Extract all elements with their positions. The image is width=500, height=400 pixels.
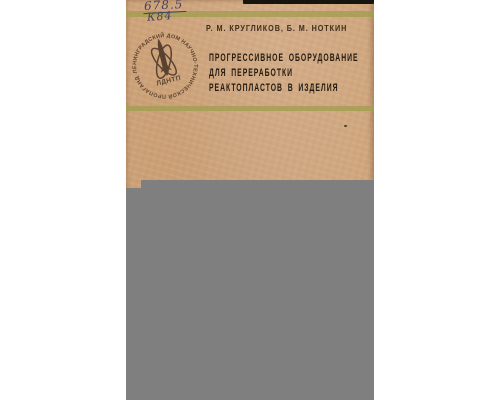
library-call-number-cutter: К84 [147, 9, 173, 24]
gray-scan-overlay-lower [126, 188, 374, 400]
authors-line: Р. М. КРУГЛИКОВ, Б. М. НОТКИН [206, 23, 347, 33]
ink-speck [344, 125, 347, 127]
scanned-book-cover-page: 678.5 К84 Р. М. КРУГЛИКОВ, Б. М. НОТКИН … [0, 0, 500, 400]
book-title: ПРОГРЕССИВНОЕ ОБОРУДОВАНИЕ ДЛЯ ПЕРЕРАБОТ… [209, 51, 359, 95]
title-line-2: ДЛЯ ПЕРЕРАБОТКИ [209, 66, 359, 81]
top-black-bar [243, 0, 374, 4]
olive-band-middle [126, 106, 374, 111]
stamp-center-abbreviation: ЛДНТП [156, 75, 182, 88]
title-line-1: ПРОГРЕССИВНОЕ ОБОРУДОВАНИЕ [209, 51, 359, 66]
library-round-stamp: ЛЕНИНГРАДСКИЙ ДОМ НАУЧНО-ТЕХНИЧЕСКОЙ ПРО… [120, 21, 210, 111]
rocket-icon [152, 37, 172, 74]
title-line-3: РЕАКТОПЛАСТОВ В ИЗДЕЛИЯ [209, 81, 359, 96]
